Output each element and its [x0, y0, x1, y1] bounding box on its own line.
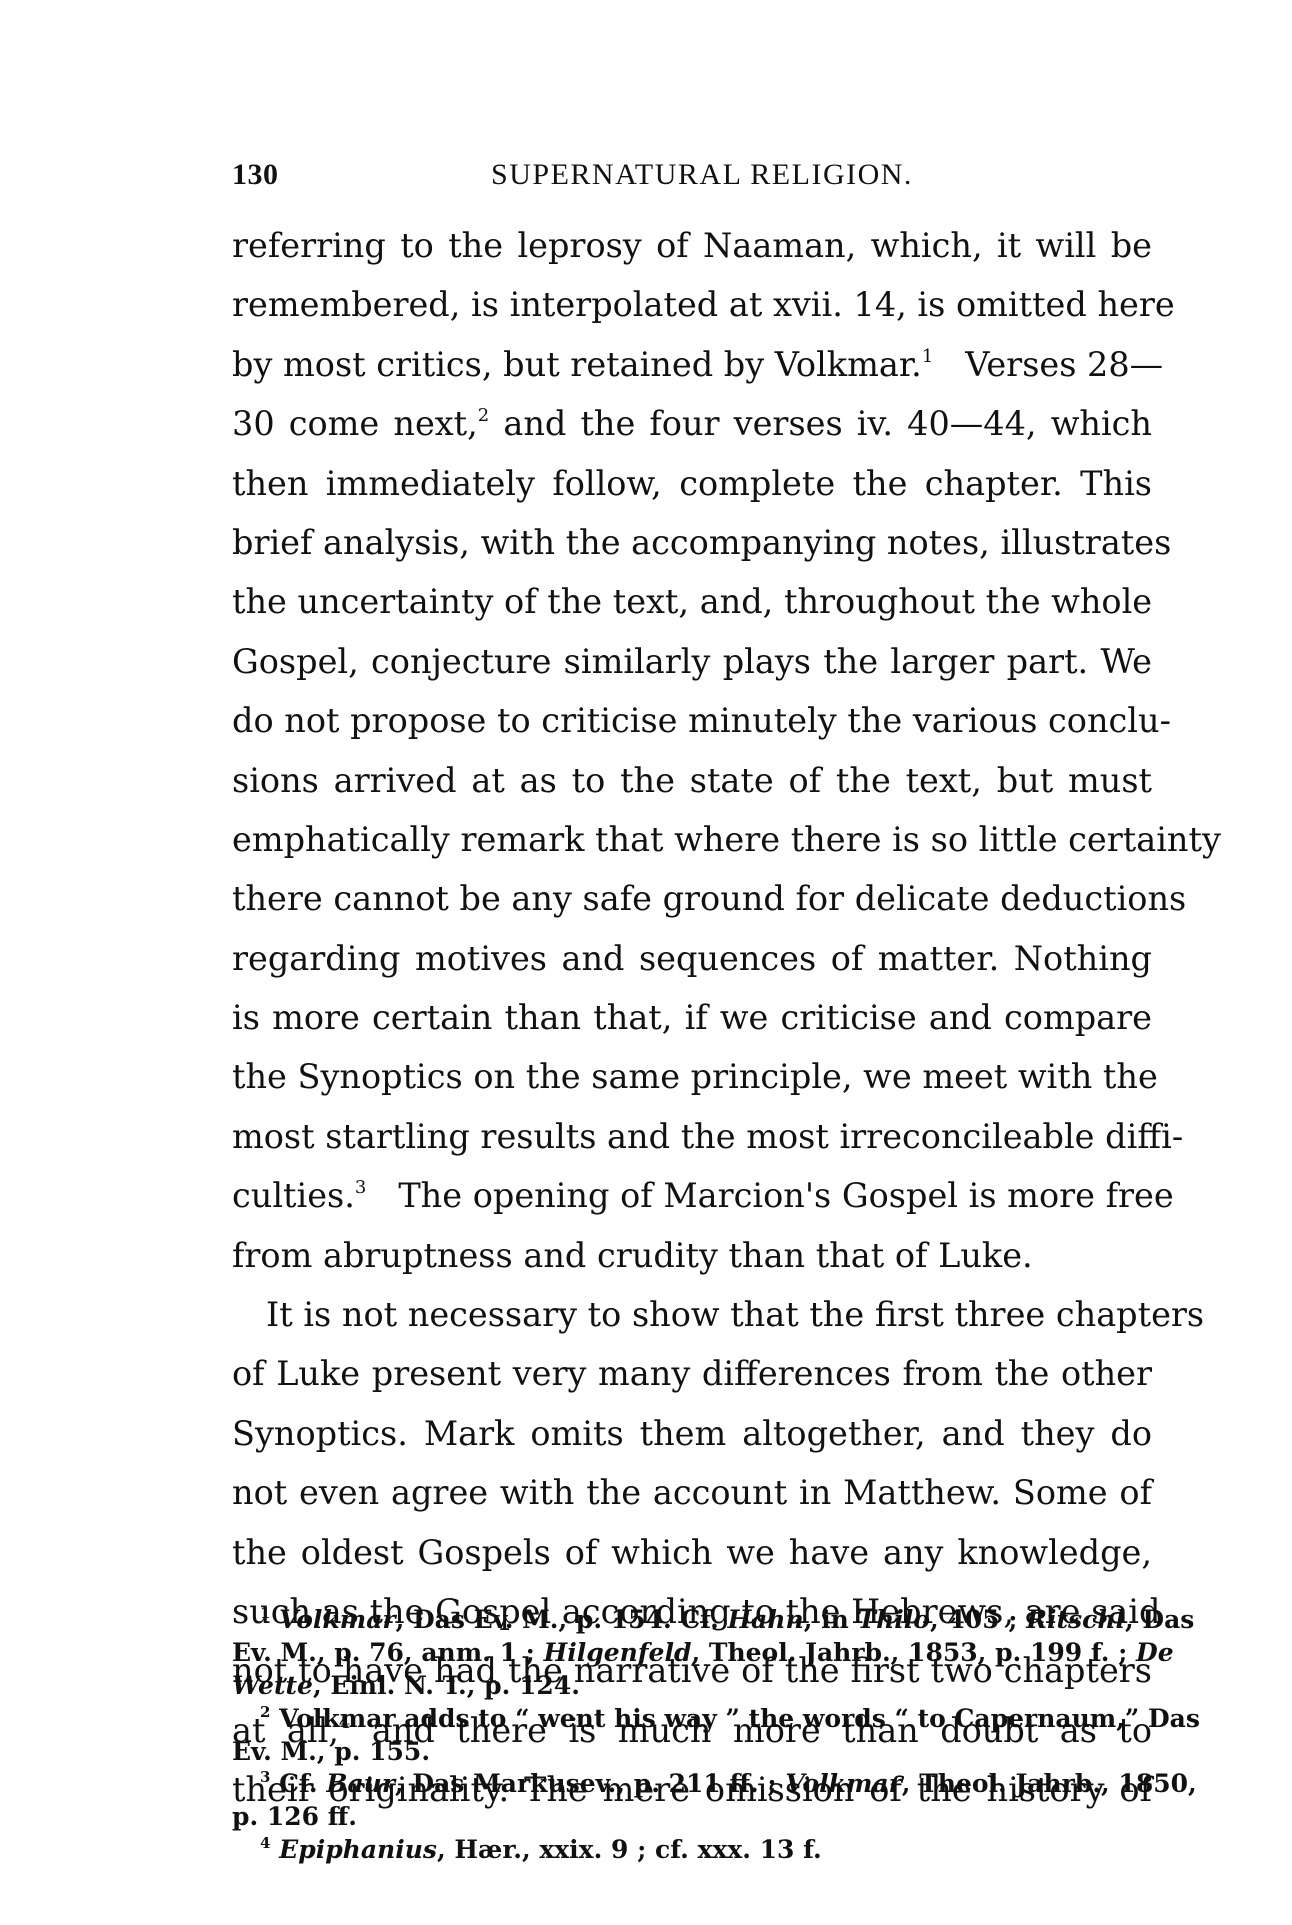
line-text: do not propose to criticise minutely the… — [232, 701, 1171, 740]
line-text: It is not necessary to show that the fir… — [266, 1295, 1204, 1334]
citation-text: , 405 ; — [930, 1605, 1026, 1634]
citation-text: Ev. M., p. 76, anm. 1 ; — [232, 1638, 544, 1667]
author-name: Hilgenfeld — [544, 1638, 692, 1667]
text-line: most startling results and the most irre… — [232, 1107, 1152, 1166]
author-name: Epiphanius — [279, 1835, 437, 1864]
text-line: the Synoptics on the same principle, we … — [232, 1047, 1152, 1106]
text-line: Synoptics. Mark omits them altogether, a… — [232, 1404, 1152, 1463]
citation-text: Cf. — [279, 1769, 326, 1798]
citation-text: Ev. M., p. 155. — [232, 1737, 430, 1766]
line-text: remembered, is interpolated at xvii. 14,… — [232, 285, 1175, 324]
line-text: The opening of Marcion's Gospel is more … — [398, 1176, 1173, 1215]
line-text: the Synoptics on the same principle, we … — [232, 1057, 1158, 1096]
footnote-marker: 3 — [260, 1768, 270, 1786]
author-name: De — [1136, 1638, 1174, 1667]
line-text: culties. — [232, 1176, 355, 1215]
footnotes: 1 Volkmar, Das Ev. M., p. 154. Cf. Hahn,… — [232, 1604, 1152, 1867]
citation-text: p. 126 ff. — [232, 1802, 357, 1831]
citation-text: , Das Ev. M., p. 154. Cf. — [396, 1605, 728, 1634]
footnote-ref[interactable]: 2 — [478, 405, 489, 426]
text-line: brief analysis, with the accompanying no… — [232, 513, 1152, 572]
line-text: not even agree with the account in Matth… — [232, 1473, 1152, 1512]
line-text: Gospel, conjecture similarly plays the l… — [232, 642, 1152, 681]
line-text: brief analysis, with the accompanying no… — [232, 523, 1171, 562]
citation-text: , Das Markusev., p. 211 ff. ; — [395, 1769, 785, 1798]
footnote-4: 4 Epiphanius, Hær., xxix. 9 ; cf. xxx. 1… — [232, 1834, 1152, 1867]
text-line: the oldest Gospels of which we have any … — [232, 1523, 1152, 1582]
line-text: from abruptness and crudity than that of… — [232, 1236, 1033, 1275]
citation-text: , in — [804, 1605, 858, 1634]
line-text: Verses 28— — [965, 345, 1163, 384]
line-text: the uncertainty of the text, and, throug… — [232, 582, 1152, 621]
text-line: sions arrived at as to the state of the … — [232, 751, 1152, 810]
author-name: Baur — [326, 1769, 395, 1798]
author-name: Volkmar — [279, 1605, 395, 1634]
text-line: culties.3 The opening of Marcion's Gospe… — [232, 1166, 1152, 1225]
line-text: Synoptics. Mark omits them altogether, a… — [232, 1414, 1152, 1453]
text-line: by most critics, but retained by Volkmar… — [232, 335, 1152, 394]
text-line: 30 come next,2 and the four verses iv. 4… — [232, 394, 1152, 453]
footnote-1-cont: Wette, Einl. N. T., p. 124. — [232, 1670, 1152, 1703]
citation-text: , Hær., xxix. 9 ; cf. xxx. 13 f. — [437, 1835, 822, 1864]
footnote-3-cont: p. 126 ff. — [232, 1801, 1152, 1834]
line-text: and the four verses iv. 40—44, which — [503, 404, 1152, 443]
line-text: there cannot be any safe ground for deli… — [232, 879, 1186, 918]
body-text: referring to the leprosy of Naaman, whic… — [232, 216, 1152, 1820]
line-text: is more certain than that, if we critici… — [232, 998, 1152, 1037]
footnote-1-cont: Ev. M., p. 76, anm. 1 ; Hilgenfeld, Theo… — [232, 1637, 1152, 1670]
text-line: do not propose to criticise minutely the… — [232, 691, 1152, 750]
footnote-2: 2 Volkmar adds to “ went his way ” the w… — [232, 1703, 1152, 1736]
line-text: by most critics, but retained by Volkmar… — [232, 345, 922, 384]
author-name: Hahn — [728, 1605, 804, 1634]
text-line: Gospel, conjecture similarly plays the l… — [232, 632, 1152, 691]
author-name: Ritschl — [1026, 1605, 1125, 1634]
running-head: 130 SUPERNATURAL RELIGION. — [232, 158, 1152, 198]
footnote-marker: 2 — [260, 1703, 270, 1721]
author-name: Wette — [232, 1671, 313, 1700]
footnote-3: 3 Cf. Baur, Das Markusev., p. 211 ff. ; … — [232, 1768, 1152, 1801]
footnote-marker: 4 — [260, 1834, 270, 1852]
text-line: of Luke present very many differences fr… — [232, 1344, 1152, 1403]
text-line: emphatically remark that where there is … — [232, 810, 1152, 869]
text-line: regarding motives and sequences of matte… — [232, 929, 1152, 988]
footnote-2-cont: Ev. M., p. 155. — [232, 1736, 1152, 1769]
citation-text: Volkmar adds to “ went his way ” the wor… — [279, 1704, 1200, 1733]
text-line: remembered, is interpolated at xvii. 14,… — [232, 275, 1152, 334]
citation-text: , Theol. Jahrb., 1850, — [902, 1769, 1197, 1798]
author-name: Volkmar — [785, 1769, 901, 1798]
line-text: of Luke present very many differences fr… — [232, 1354, 1152, 1393]
text-line: there cannot be any safe ground for deli… — [232, 869, 1152, 928]
text-line: is more certain than that, if we critici… — [232, 988, 1152, 1047]
text-line: the uncertainty of the text, and, throug… — [232, 572, 1152, 631]
text-line: referring to the leprosy of Naaman, whic… — [232, 216, 1152, 275]
line-text: sions arrived at as to the state of the … — [232, 761, 1152, 800]
line-text: 30 come next, — [232, 404, 478, 443]
citation-text: , Einl. N. T., p. 124. — [313, 1671, 580, 1700]
line-text: then immediately follow, complete the ch… — [232, 464, 1152, 503]
footnote-ref[interactable]: 1 — [922, 346, 933, 367]
text-line: not even agree with the account in Matth… — [232, 1463, 1152, 1522]
line-text: emphatically remark that where there is … — [232, 820, 1221, 859]
footnote-1: 1 Volkmar, Das Ev. M., p. 154. Cf. Hahn,… — [232, 1604, 1152, 1637]
footnote-marker: 1 — [260, 1604, 270, 1622]
line-text: regarding motives and sequences of matte… — [232, 939, 1152, 978]
citation-text: , Das — [1125, 1605, 1194, 1634]
footnote-ref[interactable]: 3 — [355, 1177, 366, 1198]
text-line: It is not necessary to show that the fir… — [232, 1285, 1152, 1344]
line-text: referring to the leprosy of Naaman, whic… — [232, 226, 1152, 265]
text-line: from abruptness and crudity than that of… — [232, 1226, 1152, 1285]
author-name: Thilo — [858, 1605, 930, 1634]
line-text: most startling results and the most irre… — [232, 1117, 1183, 1156]
citation-text: , Theol. Jahrb., 1853, p. 199 f. ; — [691, 1638, 1136, 1667]
text-line: then immediately follow, complete the ch… — [232, 454, 1152, 513]
line-text: the oldest Gospels of which we have any … — [232, 1533, 1152, 1572]
running-title: SUPERNATURAL RELIGION. — [232, 158, 1152, 192]
